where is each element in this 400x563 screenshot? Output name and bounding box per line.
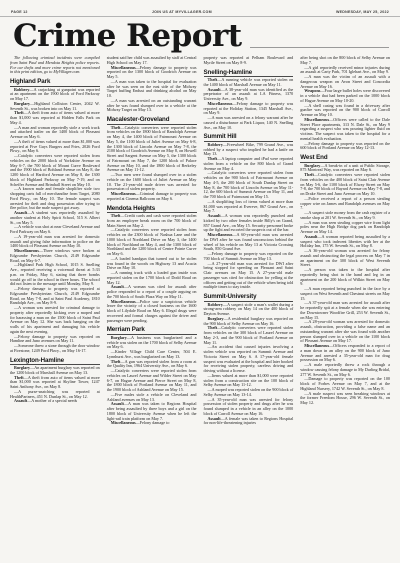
crime-paragraph: —A man and woman reportedly stole a work… (10, 126, 100, 140)
crime-paragraph: —Catalytic converters were reported stol… (107, 228, 197, 257)
crime-paragraph: Assault—A man was taken to Regions Hospi… (107, 402, 197, 421)
crime-paragraph: Theft—Catalytic converters were reported… (107, 126, 197, 174)
masthead-rule (250, 47, 389, 48)
crime-paragraph: Miscellaneous—Police saw a suspicious ve… (107, 300, 197, 324)
crime-paragraph: Theft—Catalytic converters were reported… (204, 326, 294, 345)
crime-category-lead: Miscellaneous (304, 343, 329, 348)
crime-paragraph: Assault—A female was taken to Regions Ho… (204, 417, 294, 427)
crime-paragraph: —A 19-year-old man was arrested for dome… (10, 235, 100, 249)
page-number-label: PAGE 12 (11, 10, 28, 14)
crime-paragraph: Miscellaneous—A 60-year-old man was arre… (204, 233, 294, 252)
crime-paragraph: Miscellaneous—Felony damage to property … (107, 66, 197, 80)
crime-paragraph: Miscellaneous—Felony damage to property … (204, 102, 294, 116)
crime-paragraph: Theft—A theft from auto of items valued … (10, 376, 100, 390)
column-4: after being shot on the 800 block of Sel… (300, 56, 390, 554)
column-3: property was reported at Pelham Boulevar… (204, 56, 294, 554)
section-heading: Snelling-Hamline (204, 69, 294, 78)
crime-category-lead: Weapons (304, 88, 320, 93)
crime-category-lead: Assault (111, 284, 124, 289)
crime-paragraph: —A man was seen stealing copper wire fro… (300, 221, 390, 235)
crime-paragraph: Theft—Credit cards and cash were reporte… (107, 214, 197, 228)
crime-paragraph: —A shoplifting loss of items valued at m… (204, 200, 294, 214)
column-1: The following criminal incidents were co… (10, 56, 100, 554)
crime-category-lead: Burglary (14, 365, 30, 370)
crime-paragraph: —A man reported being punched in the fac… (300, 287, 390, 301)
crime-paragraph: Robbery—A carjacking at gunpoint was rep… (10, 88, 100, 102)
crime-category-lead: Miscellaneous (14, 248, 39, 253)
crime-paragraph: Miscellaneous—Three windows were broken … (10, 249, 100, 263)
crime-category-lead: Assault (111, 401, 124, 406)
section-heading: Summit Hill (204, 133, 294, 142)
crime-paragraph: Weapons—Four large bullet holes were dis… (300, 89, 390, 103)
crime-paragraph: —A 28-year-old woman was arrested for do… (300, 320, 390, 344)
crime-paragraph: —Two men were found slumped over in a st… (107, 173, 197, 192)
site-banner-label: JOIN US AT MYVILLAGER.COM (152, 10, 212, 14)
crime-category-lead: Assault (14, 210, 27, 215)
column-2: student said her child was assaulted by … (107, 56, 197, 554)
crime-paragraph: Assault—A mother of a special needs (10, 399, 100, 404)
crime-paragraph: Miscellaneous—Officers responded to a re… (300, 344, 390, 363)
crime-category-lead: Burglary (208, 316, 224, 321)
crime-category-lead: Robbery (14, 87, 29, 92)
crime-paragraph: Burglary—A business was burglarized and … (107, 336, 197, 350)
crime-paragraph: Robbery—Freewheel Bike, 799 Grand Ave., … (204, 143, 294, 157)
crime-paragraph: —Felony damage to property was reported … (300, 142, 390, 152)
crime-paragraph: —Damage to property was reported on the … (300, 377, 390, 391)
page-header: PAGE 12 JOIN US AT MYVILLAGER.COM WEDNES… (0, 0, 400, 17)
crime-category-lead: Miscellaneous (111, 299, 136, 304)
crime-paragraph: Assault—A woman was reportedly punched a… (204, 214, 294, 233)
crime-paragraph: —Catalytic converters were reported stol… (10, 154, 100, 187)
crime-paragraph: —A man was taken to the hospital for eva… (107, 80, 197, 99)
crime-paragraph: Robbery—A suspect stole a man's wallet d… (204, 303, 294, 317)
section-heading: Merriam Park (107, 326, 197, 335)
crime-paragraph: —Items valued at more than $1,000 were r… (204, 374, 294, 388)
crime-paragraph: —Felony damage to property was reported … (10, 287, 100, 306)
crime-paragraph: —Someone threw a stone through the door … (10, 344, 100, 354)
crime-category-lead: Assault (208, 213, 221, 218)
crime-paragraph: —A 36-year-old woman was arrested for fe… (300, 249, 390, 268)
crime-paragraph: —Highland Park High School, 1015 S. Snel… (10, 263, 100, 287)
crime-category-lead: Theft (304, 172, 314, 177)
crime-category-lead: Theft (111, 125, 121, 130)
intro-paragraph: The following criminal incidents were co… (10, 56, 100, 75)
newspaper-page: PAGE 12 JOIN US AT MYVILLAGER.COM WEDNES… (0, 0, 400, 563)
crime-category-lead: Theft (111, 213, 121, 218)
crime-paragraph: Assault—A woman was cited for assault af… (107, 285, 197, 299)
crime-paragraph: —A theft of items valued at more than $1… (10, 140, 100, 154)
crime-paragraph: —Police received a report of a person st… (300, 197, 390, 211)
crime-paragraph: —A man was arrested on a felony warrant … (204, 116, 294, 130)
crime-category-lead: Theft (208, 325, 218, 330)
crime-paragraph: —A shell casing was found in a driveway … (300, 104, 390, 118)
crime-paragraph: —An accident that caused injuries involv… (204, 345, 294, 374)
crime-paragraph: property was reported at Pelham Boulevar… (204, 56, 294, 66)
crime-paragraph: Theft—A theft from auto of items valued … (10, 111, 100, 125)
crime-category-lead: Miscellaneous (208, 232, 233, 237)
crime-paragraph: —A person was taken to the hospital afte… (300, 268, 390, 287)
crime-paragraph: —A man was arrested on an outstanding wa… (107, 99, 197, 113)
crime-category-lead: Miscellaneous (111, 420, 136, 425)
crime-category-lead: Assault (304, 234, 317, 239)
crime-paragraph: Assault—A student was reportedly assault… (10, 211, 100, 225)
section-heading: Highland Park (10, 78, 100, 87)
crime-category-lead: Theft (14, 375, 24, 380)
crime-category-lead: Miscellaneous (304, 117, 329, 122)
crime-category-lead: Theft (14, 110, 24, 115)
crime-paragraph: Assault—A 38-year-old man was identified… (204, 88, 294, 102)
crime-category-lead: Assault (208, 416, 221, 421)
crime-paragraph: Miscellaneous—Felony damage to (107, 421, 197, 426)
section-heading: Lexington-Hamline (10, 357, 100, 366)
crime-category-lead: Miscellaneous (208, 101, 233, 106)
date-label: WEDNESDAY, MAY 25, 2022 (336, 10, 389, 14)
crime-paragraph: —A 27-year-old man was arrested for DWI … (204, 262, 294, 291)
crime-paragraph: Assault—A woman reported being assaulted… (300, 235, 390, 249)
section-heading: Summit-University (204, 293, 294, 302)
crime-paragraph: —Catalytic converters were reported stol… (204, 171, 294, 200)
crime-category-lead: Theft (111, 359, 121, 364)
crime-category-lead: Robbery (208, 302, 223, 307)
section-heading: Macalester-Groveland (107, 116, 197, 125)
crime-category-lead: Burglary (304, 163, 320, 168)
crime-category-lead: Robbery (208, 142, 223, 147)
crime-category-lead: Assault (14, 398, 27, 403)
page-title: Crime Report (13, 21, 242, 51)
crime-category-lead: Theft (208, 77, 218, 82)
crime-category-lead: Assault (208, 87, 221, 92)
section-heading: West End (300, 154, 390, 163)
crime-category-lead: Theft (208, 156, 218, 161)
crime-paragraph: —A known male and female shoplifter stol… (10, 187, 100, 211)
crime-paragraph: Theft—A laptop computer and iPad were re… (204, 157, 294, 171)
masthead: Crime Report (0, 17, 400, 51)
columns: The following criminal incidents were co… (0, 51, 400, 554)
crime-paragraph: —A running truck with a loaded gun insid… (107, 271, 197, 285)
crime-paragraph: Miscellaneous—Officers were called to th… (300, 118, 390, 142)
crime-paragraph: —A male reportedly threw a rock through … (300, 363, 390, 377)
crime-paragraph: Theft—Catalytic converters were reported… (300, 173, 390, 197)
section-heading: Mendota Heights (107, 205, 197, 214)
crime-paragraph: —A man was the victim of an assault with… (300, 75, 390, 89)
crime-paragraph: —A woman was arrested for criminal damag… (10, 306, 100, 335)
crime-paragraph: Miscellaneous—Criminal damage to propert… (107, 192, 197, 202)
crime-category-lead: Burglary (14, 101, 30, 106)
crime-paragraph: —A 37-year-old man was arrested for assa… (300, 301, 390, 320)
crime-paragraph: —A male suspect was seen breaking window… (300, 392, 390, 406)
crime-category-lead: Miscellaneous (111, 191, 136, 196)
crime-category-lead: Miscellaneous (111, 65, 136, 70)
crime-paragraph: —A loaded handgun that turned out to be … (107, 257, 197, 271)
crime-category-lead: Burglary (111, 335, 127, 340)
crime-paragraph: —Catalytic converters were reported stol… (107, 369, 197, 393)
crime-paragraph: —A 35-year-old man was arrested for felo… (204, 398, 294, 417)
